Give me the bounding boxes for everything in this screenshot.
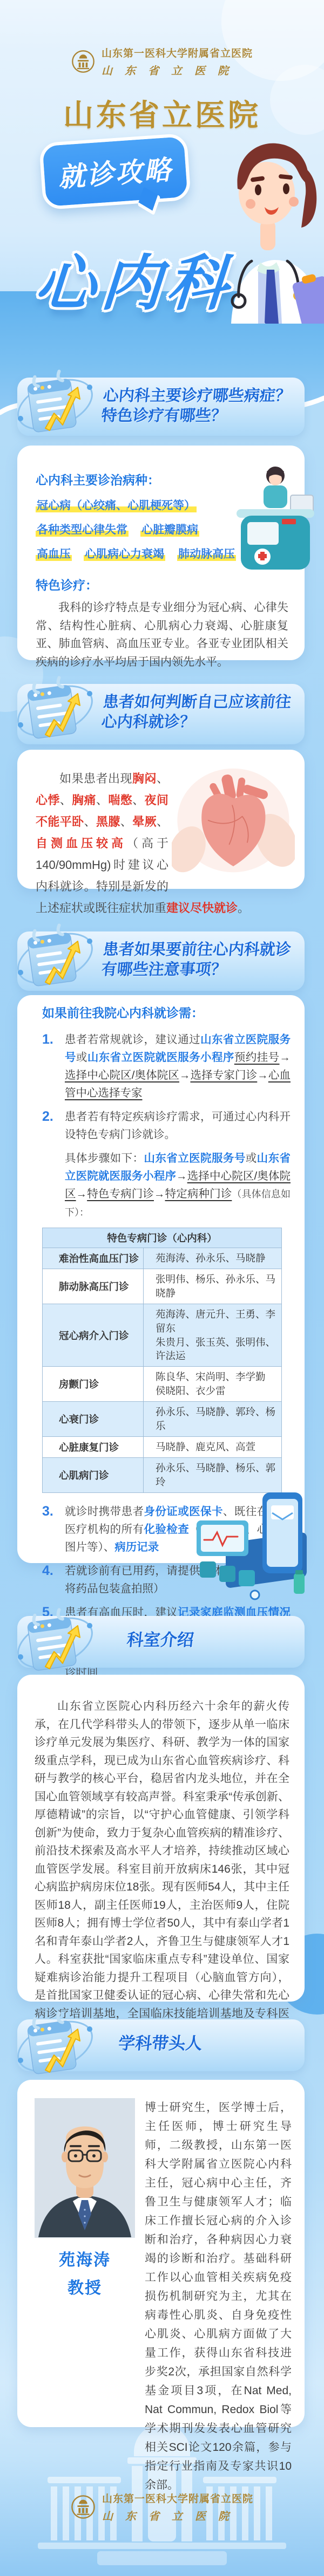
notice-item: 2. 患者若有特定疾病诊疗需求，可通过心内科开设特色专病门诊就诊。	[42, 1108, 291, 1143]
notice-items-top: 1. 患者若常规就诊，建议通过山东省立医院服务号或山东省立医院就医服务小程序预约…	[42, 1031, 291, 1222]
hospital-affiliation: 山东第一医科大学附属省立医院	[102, 45, 253, 60]
item-number: 1.	[42, 1031, 65, 1102]
disease-row: 冠心病（心绞痛、心肌梗死等）	[36, 497, 288, 513]
leader-rank: 教授	[35, 2274, 135, 2298]
doctor-names-cell: 孙永乐、马晓静、杨乐、郭玲	[143, 1458, 281, 1492]
table-row: 心衰门诊 孙永乐、马晓静、郭玲、杨乐	[43, 1402, 281, 1437]
table-row: 难治性高血压门诊 苑海涛、孙永乐、马晓静	[43, 1248, 281, 1269]
hospital-calligraphy-name: 山 东 省 立 医 院	[102, 2508, 253, 2523]
section1-paragraph: 我科的诊疗特点是专业细分为冠心病、心律失常、结构性心脏病、心肌病心力衰竭、心脏康…	[36, 599, 288, 671]
department-intro-paragraph: 山东省立医院心内科历经六十余年的薪火传承，在几代学科带头人的带领下，逐步从单一临…	[35, 1697, 289, 2041]
section2-title-line2: 心内科就诊？	[100, 712, 299, 732]
section1-title-line2: 特色诊疗有哪些？	[100, 406, 299, 426]
doctor-names-cell: 苑海涛、孙永乐、马晓静	[143, 1248, 281, 1269]
table-row: 心肌病门诊 孙永乐、马晓静、杨乐、郭玲	[43, 1458, 281, 1492]
medical-devices-illustration	[188, 1489, 315, 1605]
clinic-name-cell: 心衰门诊	[43, 1409, 143, 1429]
guide-bubble-text: 就诊攻略	[57, 148, 174, 195]
clinic-name-cell: 肺动脉高压门诊	[43, 1276, 143, 1297]
section1-card: 心内科主要诊治病种： 冠心病（心绞痛、心肌梗死等） 各种类型心律失常心脏瓣膜病 …	[17, 446, 305, 660]
item-number	[42, 1149, 65, 1222]
item-number: 2.	[42, 1108, 65, 1143]
clinic-name-cell: 心肌病门诊	[43, 1465, 143, 1485]
poster-page: 山东第一医科大学附属省立医院 山 东 省 立 医 院 山东省立医院 就诊攻略 心…	[0, 0, 324, 2576]
clinic-name-cell: 心脏康复门诊	[43, 1437, 143, 1457]
section2-header: 患者如何判断自己应该前往 心内科就诊？	[17, 684, 305, 744]
doctor-names-cell: 苑海涛、唐元升、王勇、李留东 朱贵月、张玉英、张明伟、许法运	[143, 1304, 281, 1367]
table-body: 难治性高血压门诊 苑海涛、孙永乐、马晓静 肺动脉高压门诊 张明伟、杨乐、孙永乐、…	[43, 1248, 281, 1492]
disease-item: 心脏瓣膜病	[140, 521, 199, 537]
leader-bio: 博士研究生，医学博士后，主任医师，博士研究生导师，二级教授，山东第一医科大学附属…	[145, 2098, 292, 2495]
department-title: 心内科	[32, 235, 236, 322]
disease-row: 高血压心肌病心力衰竭肺动脉高压	[36, 545, 288, 561]
section2-card: 如果患者出现胸闷、心悸、胸痛、喘憋、夜间不能平卧、黑朦、晕厥、自测血压较高（高于…	[17, 750, 305, 889]
doctor-names-cell: 孙永乐、马晓静、郭玲、杨乐	[143, 1402, 281, 1436]
disease-item: 心肌病心力衰竭	[84, 545, 165, 561]
notebook-arrow-icon	[14, 1598, 96, 1680]
notice-item: 1. 患者若常规就诊，建议通过山东省立医院服务号或山东省立医院就医服务小程序预约…	[42, 1031, 291, 1102]
specialty-clinic-table: 特色专病门诊（心内科） 难治性高血压门诊 苑海涛、孙永乐、马晓静 肺动脉高压门诊…	[42, 1228, 282, 1493]
notebook-arrow-icon	[14, 666, 96, 748]
section3-header: 患者如果要前往心内科就诊 有哪些注意事项？	[17, 931, 305, 991]
disease-item: 各种类型心律失常	[36, 521, 129, 537]
heart-illustration	[172, 761, 295, 880]
clinic-name-cell: 冠心病介入门诊	[43, 1325, 143, 1346]
table-caption: 特色专病门诊（心内科）	[43, 1228, 281, 1248]
notice-intro: 如果前往我院心内科就诊需：	[42, 1003, 291, 1021]
footer-brand-row: 山东第一医科大学附属省立医院 山 东 省 立 医 院	[0, 2491, 324, 2523]
section2-title-line1: 患者如何判断自己应该前往	[102, 693, 300, 712]
guide-bubble: 就诊攻略	[39, 133, 191, 210]
item-number: 4.	[42, 1562, 65, 1598]
clinic-name-cell: 房颤门诊	[43, 1374, 143, 1394]
disease-item: 肺动脉高压	[177, 545, 236, 561]
section5-card: 苑海涛 教授 博士研究生，医学博士后，主任医师，博士研究生导师，二级教授，山东第…	[17, 2080, 305, 2427]
header-brand-row: 山东第一医科大学附属省立医院 山 东 省 立 医 院	[0, 45, 324, 78]
notebook-arrow-icon	[14, 2001, 96, 2083]
hospital-logo-icon	[71, 2495, 96, 2519]
item-text: 患者若有特定疾病诊疗需求，可通过心内科开设特色专病门诊就诊。	[65, 1108, 291, 1143]
doctor-names-cell: 张明伟、杨乐、孙永乐、马晓静	[143, 1269, 281, 1304]
table-row: 心脏康复门诊 马晓静、鹿克风、高萱	[43, 1437, 281, 1458]
section1-header: 心内科主要诊疗哪些病症？ 特色诊疗有哪些？	[17, 378, 305, 436]
hospital-logo-icon	[71, 50, 95, 73]
notebook-arrow-icon	[14, 913, 96, 995]
leader-name: 苑海涛	[35, 2246, 135, 2270]
section3-title-line2: 有哪些注意事项？	[100, 960, 299, 980]
notice-item: 具体步骤如下：山东省立医院服务号或山东省立医院就医服务小程序→选择中心院区/奥体…	[42, 1149, 291, 1222]
notebook-arrow-icon	[14, 359, 96, 441]
doctor-names-cell: 陈良华、宋尚明、李学勤 侯晓阳、衣少雷	[143, 1367, 281, 1401]
disease-list: 冠心病（心绞痛、心肌梗死等） 各种类型心律失常心脏瓣膜病 高血压心肌病心力衰竭肺…	[36, 497, 288, 561]
item-number: 3.	[42, 1503, 65, 1556]
hospital-calligraphy-name: 山 东 省 立 医 院	[102, 62, 253, 78]
section4-card: 山东省立医院心内科历经六十余年的薪火传承，在几代学科带头人的带领下，逐步从单一临…	[17, 1675, 305, 2002]
section1-title-line1: 心内科主要诊疗哪些病症？	[102, 386, 300, 406]
item-text: 具体步骤如下：山东省立医院服务号或山东省立医院就医服务小程序→选择中心院区/奥体…	[65, 1149, 291, 1222]
item-text: 患者若常规就诊，建议通过山东省立医院服务号或山东省立医院就医服务小程序预约挂号→…	[65, 1031, 291, 1102]
disease-row: 各种类型心律失常心脏瓣膜病	[36, 521, 288, 537]
doctor-names-cell: 马晓静、鹿克风、高萱	[143, 1437, 281, 1457]
leader-portrait-photo	[35, 2098, 135, 2238]
table-row: 冠心病介入门诊 苑海涛、唐元升、王勇、李留东 朱贵月、张玉英、张明伟、许法运	[43, 1304, 281, 1367]
table-row: 房颤门诊 陈良华、宋尚明、李学勤 侯晓阳、衣少雷	[43, 1367, 281, 1402]
section5-header: 学科带头人	[17, 2019, 305, 2071]
section3-card: 如果前往我院心内科就诊需： 1. 患者若常规就诊，建议通过山东省立医院服务号或山…	[17, 995, 305, 1563]
table-row: 肺动脉高压门诊 张明伟、杨乐、孙永乐、马晓静	[43, 1269, 281, 1304]
disease-item: 高血压	[36, 545, 72, 561]
disease-item: 冠心病（心绞痛、心肌梗死等）	[36, 497, 197, 513]
clinic-name-cell: 难治性高血压门诊	[43, 1248, 143, 1269]
section4-header: 科室介绍	[17, 1616, 305, 1668]
section3-title-line1: 患者如果要前往心内科就诊	[102, 940, 300, 960]
